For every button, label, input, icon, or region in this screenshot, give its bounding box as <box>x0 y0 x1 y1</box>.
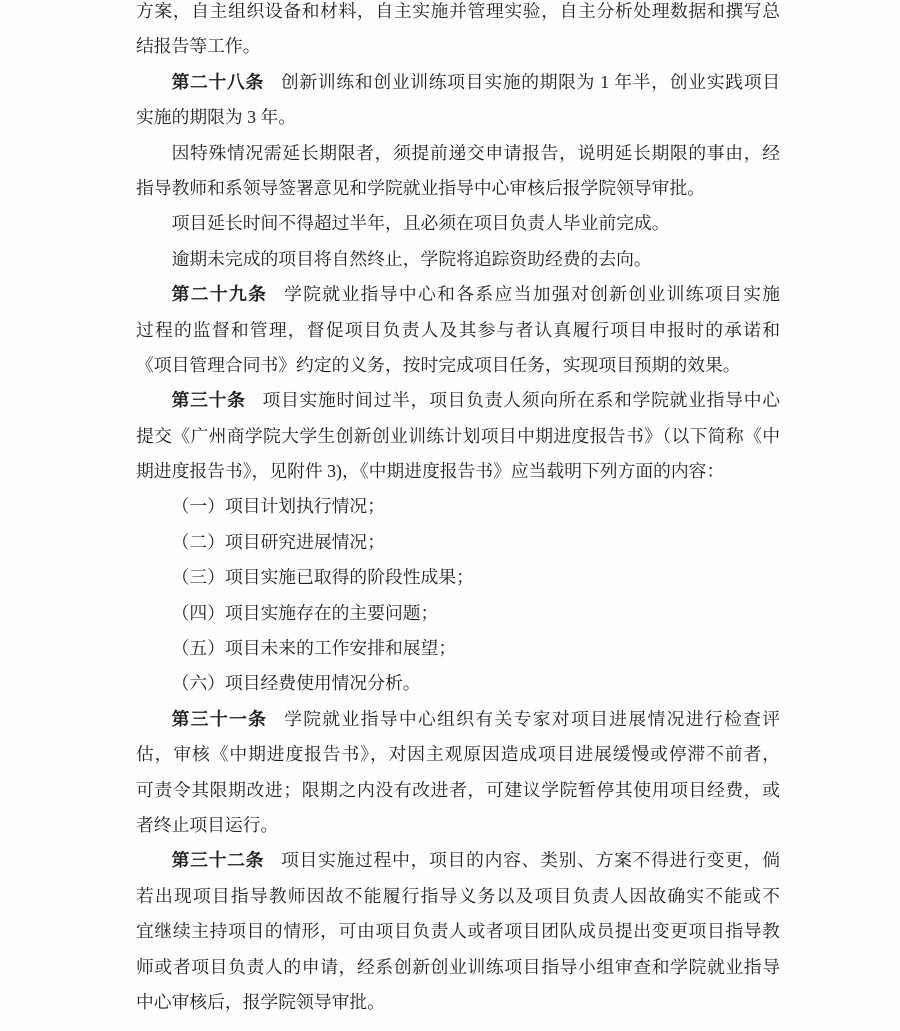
document-line: （四）项目实施存在的主要问题； <box>136 596 780 631</box>
article-number: 第三十一条 <box>172 709 268 729</box>
document-line: 第三十一条学院就业指导中心组织有关专家对项目进展情况进行检查评 <box>136 702 780 737</box>
document-line: 师或者项目负责人的申请，经系创新创业训练项目指导小组审查和学院就业指导 <box>136 950 780 985</box>
document-line: 指导教师和系领导签署意见和学院就业指导中心审核后报学院领导审批。 <box>136 171 780 206</box>
document-line: （二）项目研究进展情况； <box>136 525 780 560</box>
document-line: 结报告等工作。 <box>136 29 780 64</box>
document-text-block: 方案，自主组织设备和材料，自主实施并管理实验，自主分析处理数据和撰写总结报告等工… <box>136 0 780 1020</box>
article-text: 学院就业指导中心组织有关专家对项目进展情况进行检查评 <box>284 709 780 729</box>
document-line: 项目延长时间不得超过半年，且必须在项目负责人毕业前完成。 <box>136 206 780 241</box>
article-number: 第三十条 <box>172 390 246 410</box>
document-line: 提交《广州商学院大学生创新创业训练计划项目中期进度报告书》（以下简称《中 <box>136 419 780 454</box>
document-line: 因特殊情况需延长期限者，须提前递交申请报告，说明延长期限的事由，经 <box>136 136 780 171</box>
document-line: 过程的监督和管理，督促项目负责人及其参与者认真履行项目申报时的承诺和 <box>136 313 780 348</box>
article-number: 第三十二条 <box>172 850 265 870</box>
document-line: （六）项目经费使用情况分析。 <box>136 666 780 701</box>
document-line: 可责令其限期改进；限期之内没有改进者，可建议学院暂停其使用项目经费，或 <box>136 773 780 808</box>
document-line: 期进度报告书》，见附件 3)，《中期进度报告书》应当载明下列方面的内容： <box>136 454 780 489</box>
document-line: （三）项目实施已取得的阶段性成果； <box>136 560 780 595</box>
article-text: 学院就业指导中心和各系应当加强对创新创业训练项目实施 <box>284 284 780 304</box>
article-text: 项目实施时间过半，项目负责人须向所在系和学院就业指导中心 <box>263 390 780 410</box>
document-line: 第三十条项目实施时间过半，项目负责人须向所在系和学院就业指导中心 <box>136 383 780 418</box>
document-line: 第二十九条学院就业指导中心和各系应当加强对创新创业训练项目实施 <box>136 277 780 312</box>
document-line: 若出现项目指导教师因故不能履行指导义务以及项目负责人因故确实不能或不 <box>136 879 780 914</box>
article-number: 第二十九条 <box>172 284 268 304</box>
article-text: 创新训练和创业训练项目实施的期限为 1 年半，创业实践项目 <box>281 72 780 92</box>
document-line: 中心审核后，报学院领导审批。 <box>136 985 780 1020</box>
document-line: （一）项目计划执行情况； <box>136 489 780 524</box>
article-number: 第二十八条 <box>172 72 264 92</box>
document-line: 估，审核《中期进度报告书》，对因主观原因造成项目进展缓慢或停滞不前者， <box>136 737 780 772</box>
document-line: 实施的期限为 3 年。 <box>136 100 780 135</box>
document-line: （五）项目未来的工作安排和展望； <box>136 631 780 666</box>
document-line: 第二十八条创新训练和创业训练项目实施的期限为 1 年半，创业实践项目 <box>136 65 780 100</box>
document-line: 者终止项目运行。 <box>136 808 780 843</box>
document-line: 方案，自主组织设备和材料，自主实施并管理实验，自主分析处理数据和撰写总 <box>136 0 780 29</box>
document-line: 《项目管理合同书》约定的义务，按时完成项目任务，实现项目预期的效果。 <box>136 348 780 383</box>
document-line: 逾期未完成的项目将自然终止，学院将追踪资助经费的去向。 <box>136 242 780 277</box>
article-text: 项目实施过程中，项目的内容、类别、方案不得进行变更，倘 <box>281 850 780 870</box>
document-line: 第三十二条项目实施过程中，项目的内容、类别、方案不得进行变更，倘 <box>136 843 780 878</box>
document-line: 宜继续主持项目的情形，可由项目负责人或者项目团队成员提出变更项目指导教 <box>136 914 780 949</box>
document-page: 方案，自主组织设备和材料，自主实施并管理实验，自主分析处理数据和撰写总结报告等工… <box>0 0 900 1031</box>
